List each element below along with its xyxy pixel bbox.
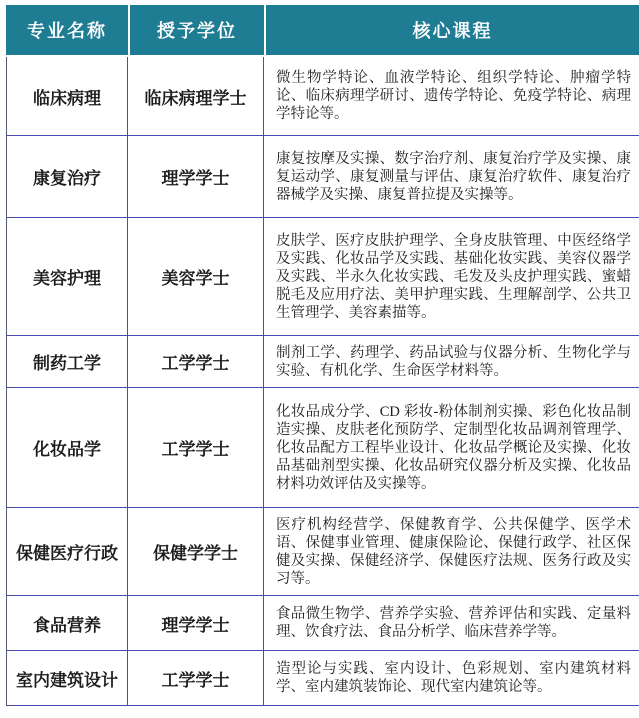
header-core-courses: 核心课程 bbox=[266, 5, 639, 55]
major-cell: 制药工学 bbox=[7, 336, 128, 387]
courses-text: 皮肤学、医疗皮肤护理学、全身皮肤管理、中医经络学及实践、化妆品学及实践、基础化妆… bbox=[276, 232, 631, 322]
table-row: 保健医疗行政 保健学学士 医疗机构经营学、保健教育学、公共保健学、医学术语、保健… bbox=[7, 508, 639, 596]
courses-text: 康复按摩及实操、数字治疗剂、康复治疗学及实操、康复运动学、康复测量与评估、康复治… bbox=[276, 150, 631, 204]
courses-cell: 造型论与实践、室内设计、色彩规划、室内建筑材料学、室内建筑装饰论、现代室内建筑论… bbox=[264, 651, 639, 705]
courses-text: 造型论与实践、室内设计、色彩规划、室内建筑材料学、室内建筑装饰论、现代室内建筑论… bbox=[276, 660, 631, 696]
degree-cell: 理学学士 bbox=[128, 596, 264, 650]
courses-cell: 医疗机构经营学、保健教育学、公共保健学、医学术语、保健事业管理、健康保险论、保健… bbox=[264, 508, 639, 595]
courses-cell: 皮肤学、医疗皮肤护理学、全身皮肤管理、中医经络学及实践、化妆品学及实践、基础化妆… bbox=[264, 218, 639, 335]
table-row: 临床病理 临床病理学士 微生物学特论、血液学特论、组织学特论、肿瘤学特论、临床病… bbox=[7, 57, 639, 136]
courses-cell: 康复按摩及实操、数字治疗剂、康复治疗学及实操、康复运动学、康复测量与评估、康复治… bbox=[264, 136, 639, 217]
table-header-row: 专业名称 授予学位 核心课程 bbox=[6, 5, 639, 55]
table-row: 食品营养 理学学士 食品微生物学、营养学实验、营养评估和实践、定量料理、饮食疗法… bbox=[7, 596, 639, 651]
table-row: 制药工学 工学学士 制剂工学、药理学、药品试验与仪器分析、生物化学与实验、有机化… bbox=[7, 336, 639, 388]
courses-cell: 制剂工学、药理学、药品试验与仪器分析、生物化学与实验、有机化学、生命医学材料等。 bbox=[264, 336, 639, 387]
courses-cell: 食品微生物学、营养学实验、营养评估和实践、定量料理、饮食疗法、食品分析学、临床营… bbox=[264, 596, 639, 650]
header-degree-awarded: 授予学位 bbox=[130, 5, 264, 55]
major-cell: 临床病理 bbox=[7, 57, 128, 135]
major-cell: 食品营养 bbox=[7, 596, 128, 650]
table-row: 化妆品学 工学学士 化妆品成分学、CD 彩妆-粉体制剂实操、彩色化妆品制造实操、… bbox=[7, 388, 639, 508]
degree-cell: 临床病理学士 bbox=[128, 57, 264, 135]
degree-cell: 工学学士 bbox=[128, 651, 264, 705]
table-row: 美容护理 美容学士 皮肤学、医疗皮肤护理学、全身皮肤管理、中医经络学及实践、化妆… bbox=[7, 218, 639, 336]
degree-cell: 保健学学士 bbox=[128, 508, 264, 595]
courses-text: 化妆品成分学、CD 彩妆-粉体制剂实操、彩色化妆品制造实操、皮肤老化预防学、定制… bbox=[276, 403, 631, 493]
header-major-name: 专业名称 bbox=[6, 5, 128, 55]
major-cell: 康复治疗 bbox=[7, 136, 128, 217]
degree-cell: 美容学士 bbox=[128, 218, 264, 335]
courses-text: 医疗机构经营学、保健教育学、公共保健学、医学术语、保健事业管理、健康保险论、保健… bbox=[276, 516, 631, 588]
degree-cell: 工学学士 bbox=[128, 388, 264, 507]
major-cell: 室内建筑设计 bbox=[7, 651, 128, 705]
majors-table: 专业名称 授予学位 核心课程 临床病理 临床病理学士 微生物学特论、血液学特论、… bbox=[6, 5, 639, 706]
major-cell: 美容护理 bbox=[7, 218, 128, 335]
courses-text: 微生物学特论、血液学特论、组织学特论、肿瘤学特论、临床病理学研讨、遗传学特论、免… bbox=[276, 69, 631, 123]
courses-cell: 微生物学特论、血液学特论、组织学特论、肿瘤学特论、临床病理学研讨、遗传学特论、免… bbox=[264, 57, 639, 135]
majors-degrees-courses-page: 专业名称 授予学位 核心课程 临床病理 临床病理学士 微生物学特论、血液学特论、… bbox=[0, 0, 639, 718]
table-row: 室内建筑设计 工学学士 造型论与实践、室内设计、色彩规划、室内建筑材料学、室内建… bbox=[7, 651, 639, 706]
major-cell: 化妆品学 bbox=[7, 388, 128, 507]
degree-cell: 工学学士 bbox=[128, 336, 264, 387]
table-body: 临床病理 临床病理学士 微生物学特论、血液学特论、组织学特论、肿瘤学特论、临床病… bbox=[6, 57, 639, 706]
major-cell: 保健医疗行政 bbox=[7, 508, 128, 595]
courses-text: 制剂工学、药理学、药品试验与仪器分析、生物化学与实验、有机化学、生命医学材料等。 bbox=[276, 344, 631, 380]
degree-cell: 理学学士 bbox=[128, 136, 264, 217]
courses-text: 食品微生物学、营养学实验、营养评估和实践、定量料理、饮食疗法、食品分析学、临床营… bbox=[276, 605, 631, 641]
courses-cell: 化妆品成分学、CD 彩妆-粉体制剂实操、彩色化妆品制造实操、皮肤老化预防学、定制… bbox=[264, 388, 639, 507]
table-row: 康复治疗 理学学士 康复按摩及实操、数字治疗剂、康复治疗学及实操、康复运动学、康… bbox=[7, 136, 639, 218]
